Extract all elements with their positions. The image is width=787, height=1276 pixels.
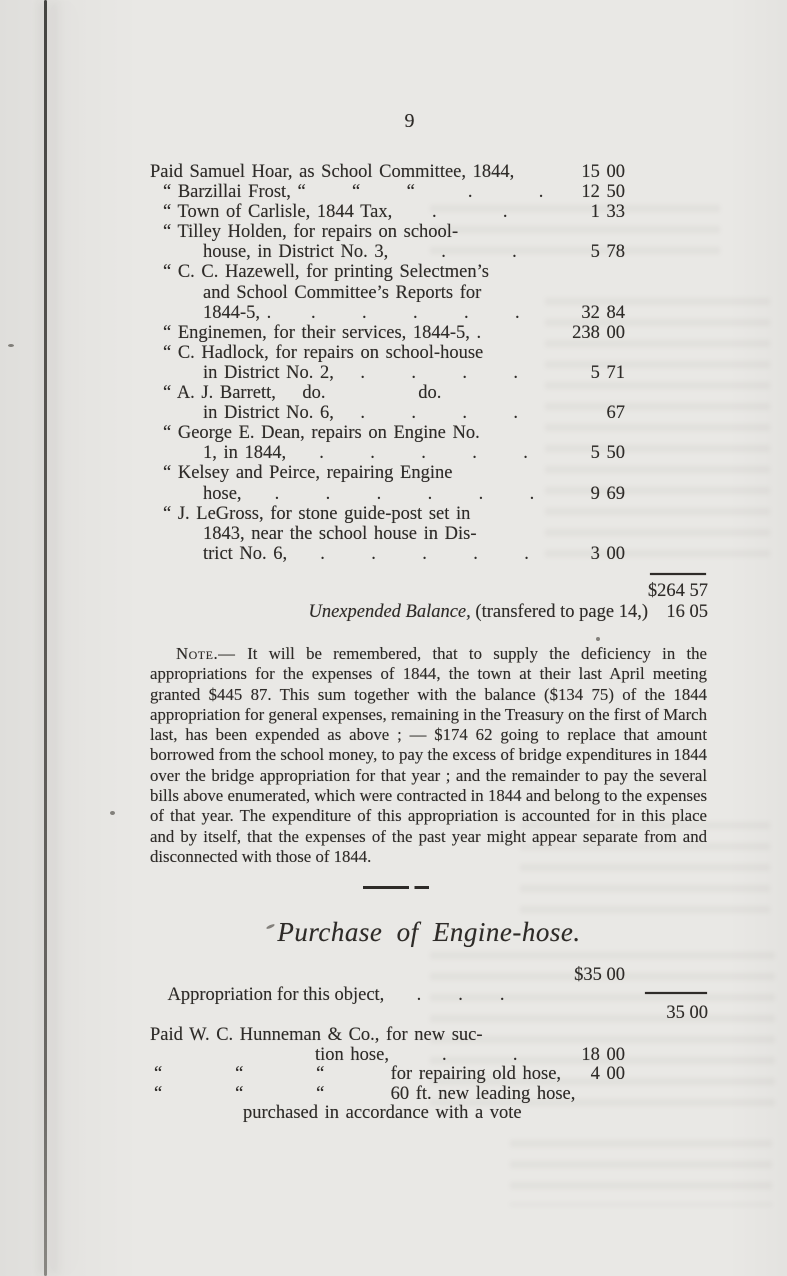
ledger-row-text: “ Town of Carlisle, 1844 Tax, . . xyxy=(163,202,507,222)
ledger-row-amount: 3 00 xyxy=(591,544,625,564)
page-number: 9 xyxy=(150,110,670,133)
appropriation-amount: $35 00 xyxy=(574,965,625,985)
carried-total-rule xyxy=(645,992,707,994)
ledger-row-text: “ Enginemen, for their services, 1844-5,… xyxy=(163,323,481,343)
ledger-row-text: hose, . . . . . . xyxy=(203,484,534,504)
ledger-row: house, in District No. 3, . .5 78 xyxy=(150,242,708,262)
ledger-row-text: “ Tilley Holden, for repairs on school- xyxy=(163,222,458,242)
ledger-row: in District No. 6, . . . .67 xyxy=(150,403,708,423)
ledger-row: “ Town of Carlisle, 1844 Tax, . .1 33 xyxy=(150,202,708,222)
ledger-row: 1844-5, . . . . . .32 84 xyxy=(150,303,708,323)
ledger-row: Paid Samuel Hoar, as School Committee, 1… xyxy=(150,162,708,182)
ledger-row: “ C. C. Hazewell, for printing Selectmen… xyxy=(150,262,708,282)
ledger-row-amount: 5 71 xyxy=(591,363,625,383)
paper-speck xyxy=(110,811,115,815)
ledger-row: trict No. 6, . . . . .3 00 xyxy=(150,544,708,564)
ledger-row: “ Kelsey and Peirce, repairing Engine xyxy=(150,463,708,483)
ledger-row-text: “ Kelsey and Peirce, repairing Engine xyxy=(163,463,452,483)
bleed-through xyxy=(510,1140,772,1206)
paper-speck xyxy=(596,637,600,641)
total-amount: $264 57 xyxy=(648,581,708,601)
paper-speck xyxy=(8,344,14,347)
ledger-row-amount: 32 84 xyxy=(581,303,625,323)
ledger-row: “ “ “ for repairing old hose,4 00 xyxy=(150,1065,708,1085)
ledger-row: and School Committee’s Reports for xyxy=(150,283,708,303)
ledger-row-amount: 5 78 xyxy=(591,242,625,262)
ledger-row-text: and School Committee’s Reports for xyxy=(203,283,481,303)
ledger-row-text: house, in District No. 3, . . xyxy=(203,242,517,262)
note-text: It will be remembered, that to supply th… xyxy=(150,644,707,866)
ledger-row-amount: 9 69 xyxy=(591,484,625,504)
ledger-row-text: in District No. 2, . . . . xyxy=(203,363,518,383)
ledger-row: “ A. J. Barrett, do. do. xyxy=(150,383,708,403)
ledger-row-text: “ C. C. Hazewell, for printing Selectmen… xyxy=(163,262,489,282)
ledger-row-text: “ C. Hadlock, for repairs on school-hous… xyxy=(163,343,483,363)
unexpended-balance-amount: 16 05 xyxy=(666,602,708,622)
ledger-row-text: 1843, near the school house in Dis- xyxy=(203,524,477,544)
note-label: Note.— xyxy=(176,644,247,663)
ledger-row-text: 1844-5, . . . . . . xyxy=(203,303,520,323)
ledger-row-text: “ A. J. Barrett, do. do. xyxy=(163,383,441,403)
appropriation-line: Appropriation for this object, . . . $35… xyxy=(150,965,708,985)
total-rule xyxy=(650,573,706,575)
ledger-row-text: 1, in 1844, . . . . . xyxy=(203,443,528,463)
ledger-row-amount: 5 50 xyxy=(591,443,625,463)
ledger-row-amount: 67 xyxy=(607,403,626,423)
ledger-row: tion hose, . .18 00 xyxy=(150,1046,708,1066)
ledger-row: “ “ “ 60 ft. new leading hose, xyxy=(150,1085,708,1105)
ledger-row-text: “ George E. Dean, repairs on Engine No. xyxy=(163,423,480,443)
ledger-row-text: “ Barzillai Frost, “ “ “ . . xyxy=(163,182,543,202)
expenditure-ledger: Paid Samuel Hoar, as School Committee, 1… xyxy=(150,162,708,564)
ledger-row: “ Enginemen, for their services, 1844-5,… xyxy=(150,323,708,343)
ledger-row: in District No. 2, . . . .5 71 xyxy=(150,363,708,383)
ledger-row: 1843, near the school house in Dis- xyxy=(150,524,708,544)
ledger-row-text: trict No. 6, . . . . . xyxy=(203,544,529,564)
scanned-book-page: 9 Paid Samuel Hoar, as School Committee,… xyxy=(0,0,787,1276)
ledger-row-amount: 238 00 xyxy=(572,323,625,343)
ledger-row: “ George E. Dean, repairs on Engine No. xyxy=(150,423,708,443)
ledger-row: Paid W. C. Hunneman & Co., for new suc- xyxy=(150,1026,708,1046)
ledger-row-text: “ J. LeGross, for stone guide-post set i… xyxy=(163,504,470,524)
carried-total-line: 35 00 xyxy=(150,1003,708,1023)
ledger-row: “ C. Hadlock, for repairs on school-hous… xyxy=(150,343,708,363)
ledger-row-amount: 12 50 xyxy=(581,182,625,202)
ledger-row-text: tion hose, . . xyxy=(315,1045,517,1065)
carried-total-amount: 35 00 xyxy=(666,1003,708,1023)
unexpended-balance-label: Unexpended Balance, (transfered to page … xyxy=(308,602,648,622)
book-gutter-crease xyxy=(44,0,47,1276)
ledger-row: 1, in 1844, . . . . .5 50 xyxy=(150,443,708,463)
total-line: $264 57 xyxy=(150,581,708,601)
section-divider-rule xyxy=(363,886,429,889)
ledger-row: hose, . . . . . .9 69 xyxy=(150,484,708,504)
ledger-row-text: in District No. 6, . . . . xyxy=(203,403,518,423)
ledger-row-amount: 18 00 xyxy=(581,1046,625,1066)
ledger-row-text: “ “ “ for repairing old hose, xyxy=(154,1064,561,1084)
ledger-row: “ J. LeGross, for stone guide-post set i… xyxy=(150,504,708,524)
ledger-row: purchased in accordance with a vote xyxy=(150,1104,708,1124)
engine-hose-ledger: Paid W. C. Hunneman & Co., for new suc- … xyxy=(150,1026,708,1124)
ledger-row: “ Barzillai Frost, “ “ “ . .12 50 xyxy=(150,182,708,202)
ledger-row-text: Paid W. C. Hunneman & Co., for new suc- xyxy=(150,1025,483,1045)
ledger-row-amount: 1 33 xyxy=(591,202,625,222)
ledger-row-amount: 15 00 xyxy=(581,162,625,182)
appropriation-text: Appropriation for this object, . . . xyxy=(167,985,504,1005)
ledger-row-amount: 4 00 xyxy=(591,1065,625,1085)
ledger-row: “ Tilley Holden, for repairs on school- xyxy=(150,222,708,242)
unexpended-balance-line: Unexpended Balance, (transfered to page … xyxy=(150,602,708,622)
ledger-row-text: purchased in accordance with a vote xyxy=(243,1103,522,1123)
ledger-row-text: Paid Samuel Hoar, as School Committee, 1… xyxy=(150,162,514,182)
ledger-row-text: “ “ “ 60 ft. new leading hose, xyxy=(154,1084,575,1104)
footnote-paragraph: Note.— It will be remembered, that to su… xyxy=(150,644,707,867)
section-heading: Purchase of Engine-hose. xyxy=(150,914,708,950)
